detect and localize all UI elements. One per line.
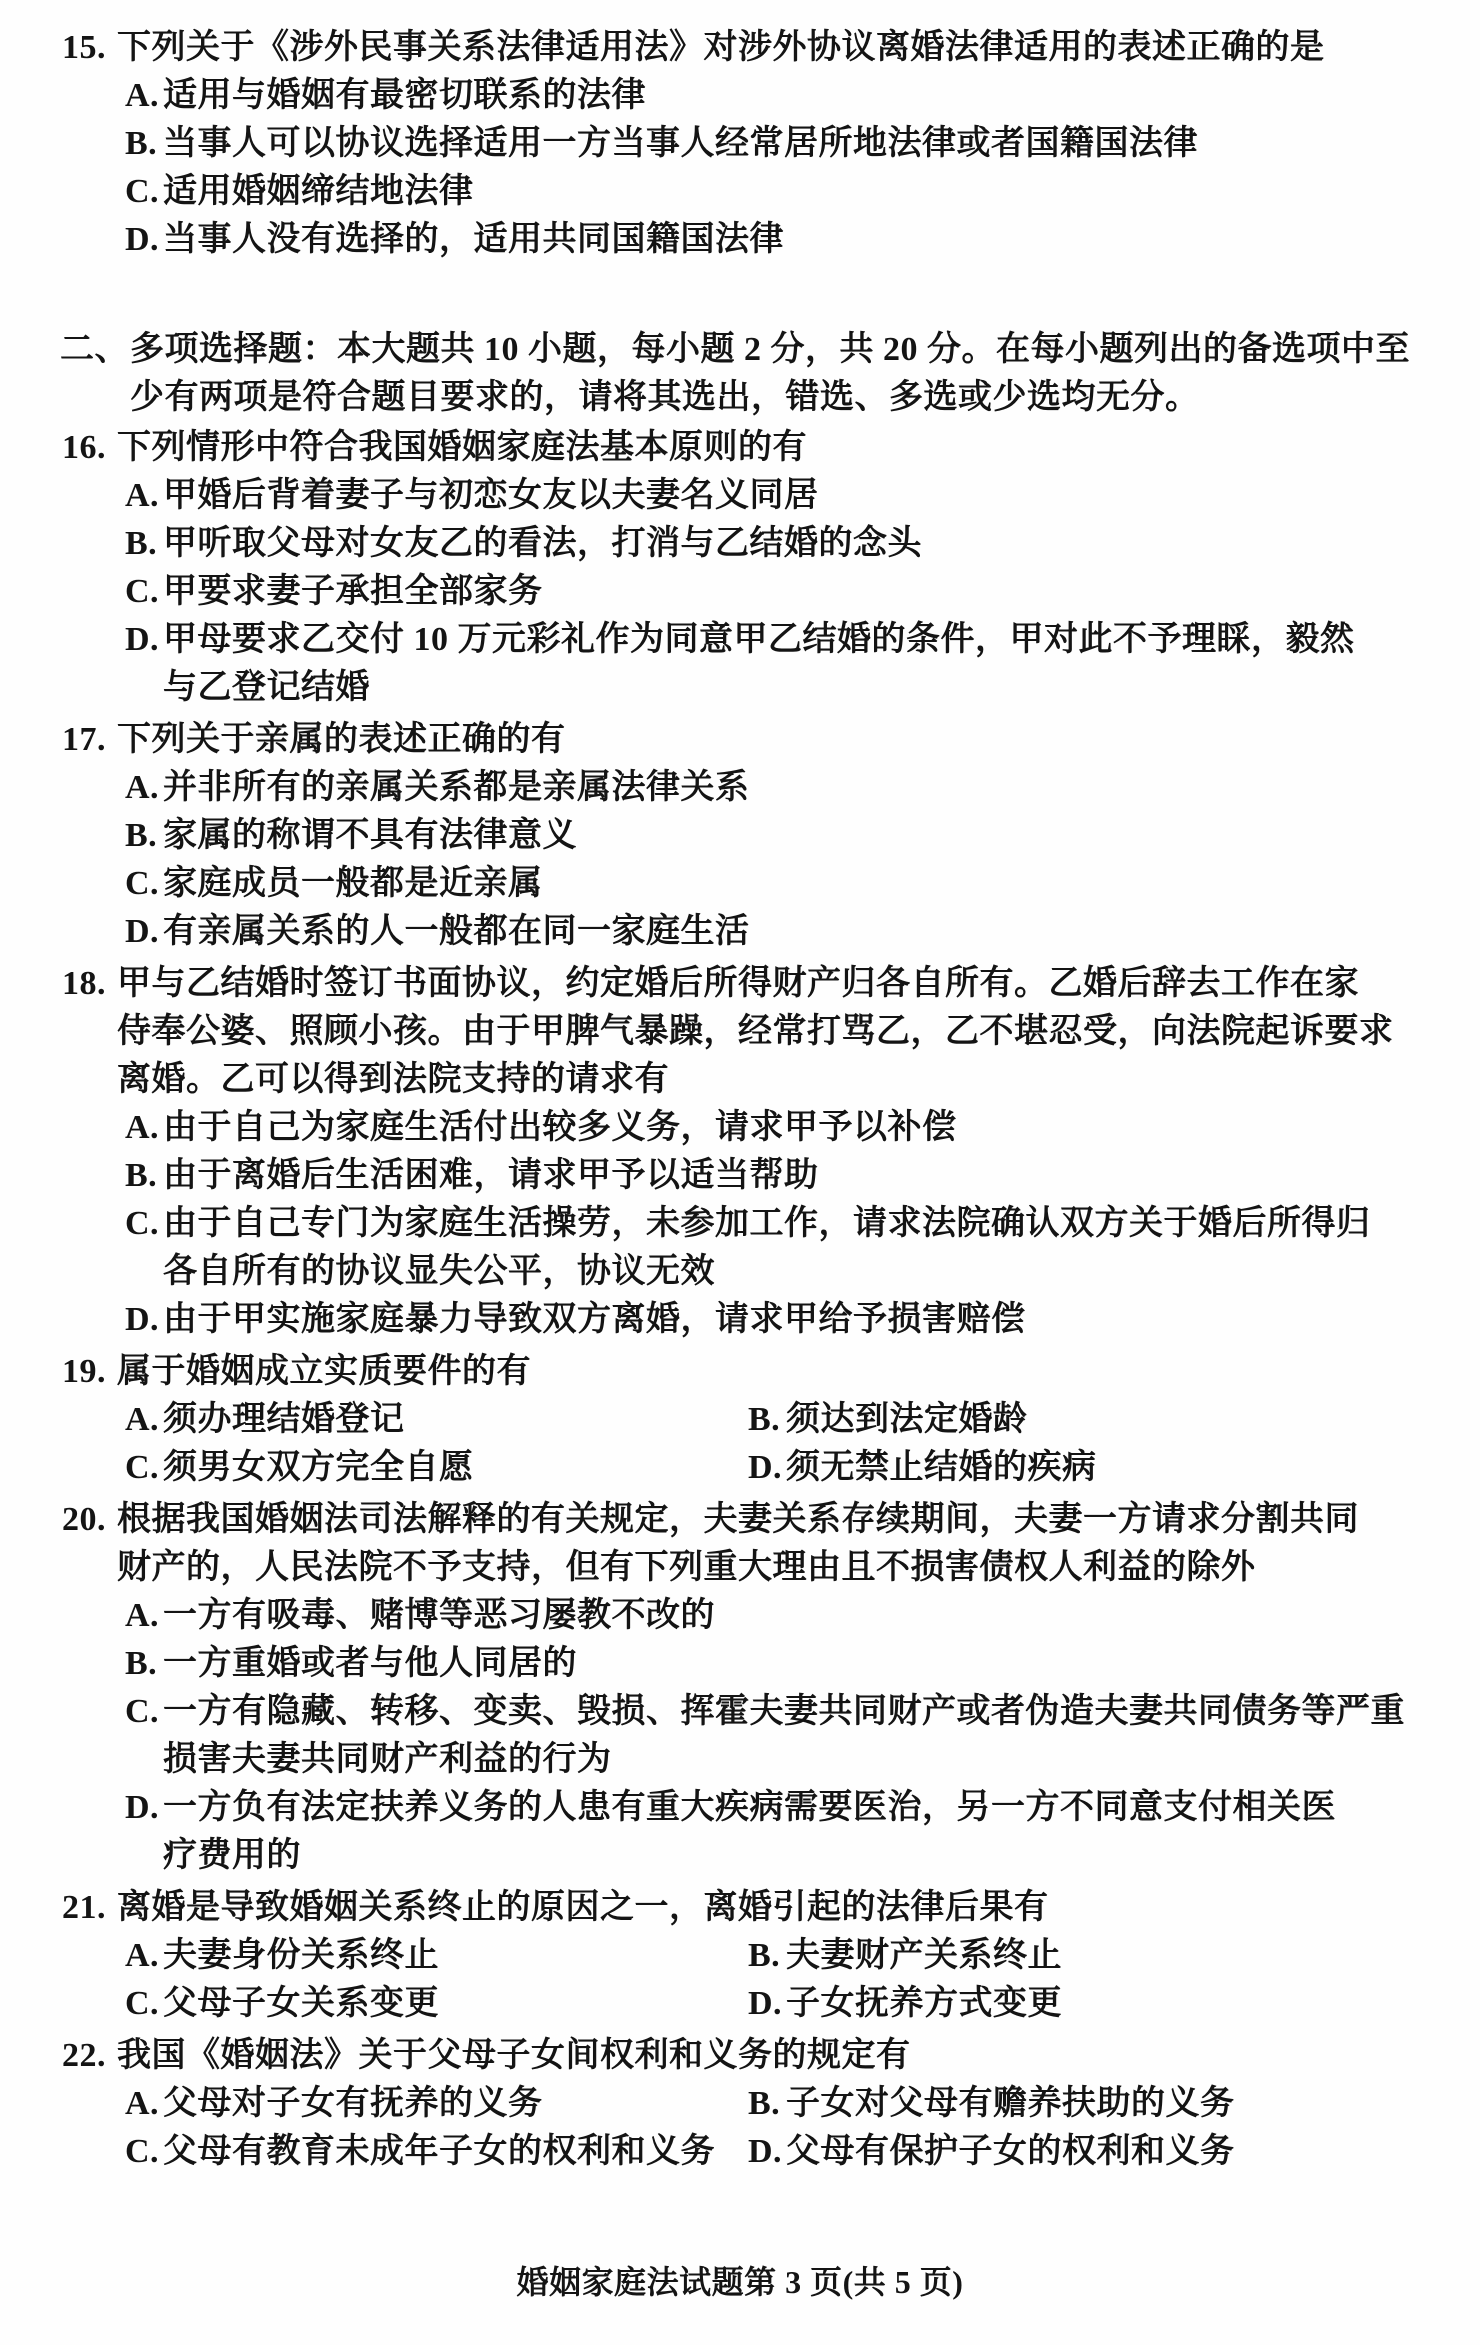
- question-number: 20.: [62, 1496, 117, 1544]
- option: A.适用与婚姻有最密切联系的法律: [0, 72, 1480, 120]
- question-20: 20.根据我国婚姻法司法解释的有关规定，夫妻关系存续期间，夫妻一方请求分割共同财…: [0, 1496, 1480, 1880]
- option: B.家属的称谓不具有法律意义: [0, 812, 1480, 860]
- question-17: 17.下列关于亲属的表述正确的有A.并非所有的亲属关系都是亲属法律关系B.家属的…: [0, 716, 1480, 956]
- option: A.并非所有的亲属关系都是亲属法律关系: [0, 764, 1480, 812]
- option: C.父母有教育未成年子女的权利和义务: [125, 2128, 748, 2176]
- question-21: 21.离婚是导致婚姻关系终止的原因之一，离婚引起的法律后果有A.夫妻身份关系终止…: [0, 1884, 1480, 2028]
- option-label: A.: [125, 1396, 163, 1444]
- option-text: 一方有吸毒、赌博等恶习屡教不改的: [163, 1592, 715, 1640]
- option: D.须无禁止结婚的疾病: [748, 1444, 1097, 1492]
- option: A.一方有吸毒、赌博等恶习屡教不改的: [0, 1592, 1480, 1640]
- option: C.由于自己专门为家庭生活操劳，未参加工作，请求法院确认双方关于婚后所得归: [0, 1200, 1480, 1248]
- question-22: 22.我国《婚姻法》关于父母子女间权利和义务的规定有A.父母对子女有抚养的义务B…: [0, 2032, 1480, 2176]
- option-continued: 与乙登记结婚: [0, 664, 1480, 712]
- option: A.须办理结婚登记: [125, 1396, 748, 1444]
- exam-page: 15.下列关于《涉外民事关系法律适用法》对涉外协议离婚法律适用的表述正确的是A.…: [0, 0, 1480, 2345]
- question-stem: 22.我国《婚姻法》关于父母子女间权利和义务的规定有: [0, 2032, 1480, 2080]
- option-label: B.: [125, 812, 163, 860]
- option: C.甲要求妻子承担全部家务: [0, 568, 1480, 616]
- option-text: 须无禁止结婚的疾病: [786, 1444, 1097, 1492]
- page-footer: 婚姻家庭法试题第 3 页(共 5 页): [0, 2258, 1480, 2306]
- option: C.一方有隐藏、转移、变卖、毁损、挥霍夫妻共同财产或者伪造夫妻共同债务等严重: [0, 1688, 1480, 1736]
- option-continued: 损害夫妻共同财产利益的行为: [0, 1736, 1480, 1784]
- option-row: C.父母子女关系变更D.子女抚养方式变更: [0, 1980, 1480, 2028]
- option-row: A.父母对子女有抚养的义务B.子女对父母有赡养扶助的义务: [0, 2080, 1480, 2128]
- option-label: C.: [125, 1444, 163, 1492]
- question-text: 下列情形中符合我国婚姻家庭法基本原则的有: [117, 424, 807, 472]
- option-label: A.: [125, 764, 163, 812]
- option-continued: 各自所有的协议显失公平，协议无效: [0, 1248, 1480, 1296]
- option: A.夫妻身份关系终止: [125, 1932, 748, 1980]
- option-text: 甲听取父母对女友乙的看法，打消与乙结婚的念头: [163, 520, 922, 568]
- option-text: 须男女双方完全自愿: [163, 1444, 474, 1492]
- option: D.由于甲实施家庭暴力导致双方离婚，请求甲给予损害赔偿: [0, 1296, 1480, 1344]
- option-text: 由于自己为家庭生活付出较多义务，请求甲予以补偿: [163, 1104, 957, 1152]
- option-label: C.: [125, 860, 163, 908]
- option-label: D.: [748, 1444, 786, 1492]
- question-text: 下列关于《涉外民事关系法律适用法》对涉外协议离婚法律适用的表述正确的是: [117, 24, 1325, 72]
- option-label: B.: [748, 2080, 786, 2128]
- option-text: 当事人可以协议选择适用一方当事人经常居所地法律或者国籍国法律: [163, 120, 1198, 168]
- option-label: B.: [125, 120, 163, 168]
- option: C.须男女双方完全自愿: [125, 1444, 748, 1492]
- option-label: D.: [125, 616, 163, 664]
- option-label: B.: [125, 520, 163, 568]
- option-text: 有亲属关系的人一般都在同一家庭生活: [163, 908, 750, 956]
- option-text: 甲婚后背着妻子与初恋女友以夫妻名义同居: [163, 472, 819, 520]
- option: C.家庭成员一般都是近亲属: [0, 860, 1480, 908]
- option-row: A.夫妻身份关系终止B.夫妻财产关系终止: [0, 1932, 1480, 1980]
- option-label: B.: [125, 1640, 163, 1688]
- question-area-main: 16.下列情形中符合我国婚姻家庭法基本原则的有A.甲婚后背着妻子与初恋女友以夫妻…: [0, 424, 1480, 2176]
- option-label: D.: [125, 1784, 163, 1832]
- option-text: 一方有隐藏、转移、变卖、毁损、挥霍夫妻共同财产或者伪造夫妻共同债务等严重: [163, 1688, 1405, 1736]
- option-label: C.: [125, 568, 163, 616]
- question-text: 属于婚姻成立实质要件的有: [117, 1348, 531, 1396]
- option-text: 夫妻财产关系终止: [786, 1932, 1062, 1980]
- question-stem: 16.下列情形中符合我国婚姻家庭法基本原则的有: [0, 424, 1480, 472]
- option-text: 甲要求妻子承担全部家务: [163, 568, 543, 616]
- option: B.子女对父母有赡养扶助的义务: [748, 2080, 1235, 2128]
- option-text: 须办理结婚登记: [163, 1396, 405, 1444]
- question-number: 19.: [62, 1348, 117, 1396]
- option: B.当事人可以协议选择适用一方当事人经常居所地法律或者国籍国法律: [0, 120, 1480, 168]
- option-text: 适用与婚姻有最密切联系的法律: [163, 72, 646, 120]
- question-19: 19.属于婚姻成立实质要件的有A.须办理结婚登记B.须达到法定婚龄C.须男女双方…: [0, 1348, 1480, 1492]
- option-row: C.父母有教育未成年子女的权利和义务D.父母有保护子女的权利和义务: [0, 2128, 1480, 2176]
- question-stem-continued: 财产的，人民法院不予支持，但有下列重大理由且不损害债权人利益的除外: [0, 1544, 1480, 1592]
- option-label: D.: [125, 908, 163, 956]
- option-text: 子女对父母有赡养扶助的义务: [786, 2080, 1235, 2128]
- option-continued: 疗费用的: [0, 1832, 1480, 1880]
- section-number: 二、: [60, 326, 130, 374]
- question-number: 15.: [62, 24, 117, 72]
- question-text: 甲与乙结婚时签订书面协议，约定婚后所得财产归各自所有。乙婚后辞去工作在家: [117, 960, 1359, 1008]
- question-stem-continued: 侍奉公婆、照顾小孩。由于甲脾气暴躁，经常打骂乙，乙不堪忍受，向法院起诉要求: [0, 1008, 1480, 1056]
- option-text: 甲母要求乙交付 10 万元彩礼作为同意甲乙结婚的条件，甲对此不予理睬，毅然: [163, 616, 1355, 664]
- option-label: D.: [125, 1296, 163, 1344]
- option: B.由于离婚后生活困难，请求甲予以适当帮助: [0, 1152, 1480, 1200]
- option: B.须达到法定婚龄: [748, 1396, 1028, 1444]
- option-label: A.: [125, 2080, 163, 2128]
- option-label: B.: [748, 1932, 786, 1980]
- option-label: D.: [125, 216, 163, 264]
- option: D.有亲属关系的人一般都在同一家庭生活: [0, 908, 1480, 956]
- section-instructions-line1: 二、 多项选择题：本大题共 10 小题，每小题 2 分，共 20 分。在每小题列…: [0, 326, 1480, 374]
- section-instructions-line2: 少有两项是符合题目要求的，请将其选出，错选、多选或少选均无分。: [0, 374, 1480, 422]
- question-text: 根据我国婚姻法司法解释的有关规定，夫妻关系存续期间，夫妻一方请求分割共同: [117, 1496, 1359, 1544]
- question-number: 22.: [62, 2032, 117, 2080]
- option-label: C.: [125, 1688, 163, 1736]
- option-row: C.须男女双方完全自愿D.须无禁止结婚的疾病: [0, 1444, 1480, 1492]
- option: A.父母对子女有抚养的义务: [125, 2080, 748, 2128]
- option-text: 由于离婚后生活困难，请求甲予以适当帮助: [163, 1152, 819, 1200]
- option: B.一方重婚或者与他人同居的: [0, 1640, 1480, 1688]
- option-label: C.: [125, 1980, 163, 2028]
- option-text: 家庭成员一般都是近亲属: [163, 860, 543, 908]
- option: D.子女抚养方式变更: [748, 1980, 1062, 2028]
- option: D.父母有保护子女的权利和义务: [748, 2128, 1235, 2176]
- question-stem: 15.下列关于《涉外民事关系法律适用法》对涉外协议离婚法律适用的表述正确的是: [0, 24, 1480, 72]
- question-stem: 18.甲与乙结婚时签订书面协议，约定婚后所得财产归各自所有。乙婚后辞去工作在家: [0, 960, 1480, 1008]
- option-text: 并非所有的亲属关系都是亲属法律关系: [163, 764, 750, 812]
- question-number: 16.: [62, 424, 117, 472]
- option-text: 夫妻身份关系终止: [163, 1932, 439, 1980]
- option-text: 当事人没有选择的，适用共同国籍国法律: [163, 216, 784, 264]
- option-label: C.: [125, 168, 163, 216]
- question-18: 18.甲与乙结婚时签订书面协议，约定婚后所得财产归各自所有。乙婚后辞去工作在家侍…: [0, 960, 1480, 1344]
- question-16: 16.下列情形中符合我国婚姻家庭法基本原则的有A.甲婚后背着妻子与初恋女友以夫妻…: [0, 424, 1480, 712]
- option-row: A.须办理结婚登记B.须达到法定婚龄: [0, 1396, 1480, 1444]
- question-15: 15.下列关于《涉外民事关系法律适用法》对涉外协议离婚法律适用的表述正确的是A.…: [0, 24, 1480, 264]
- option-label: D.: [748, 1980, 786, 2028]
- question-stem: 21.离婚是导致婚姻关系终止的原因之一，离婚引起的法律后果有: [0, 1884, 1480, 1932]
- section-heading: 二、 多项选择题：本大题共 10 小题，每小题 2 分，共 20 分。在每小题列…: [0, 326, 1480, 422]
- option-label: A.: [125, 472, 163, 520]
- question-area-top: 15.下列关于《涉外民事关系法律适用法》对涉外协议离婚法律适用的表述正确的是A.…: [0, 24, 1480, 264]
- option-text: 子女抚养方式变更: [786, 1980, 1062, 2028]
- question-number: 18.: [62, 960, 117, 1008]
- option-text: 父母子女关系变更: [163, 1980, 439, 2028]
- option: B.夫妻财产关系终止: [748, 1932, 1062, 1980]
- option-text: 家属的称谓不具有法律意义: [163, 812, 577, 860]
- question-number: 21.: [62, 1884, 117, 1932]
- option-text: 一方重婚或者与他人同居的: [163, 1640, 577, 1688]
- option-text: 由于甲实施家庭暴力导致双方离婚，请求甲给予损害赔偿: [163, 1296, 1026, 1344]
- option-text: 父母对子女有抚养的义务: [163, 2080, 543, 2128]
- option-text: 父母有教育未成年子女的权利和义务: [163, 2128, 715, 2176]
- option-text: 一方负有法定扶养义务的人患有重大疾病需要医治，另一方不同意支付相关医: [163, 1784, 1336, 1832]
- option-text: 由于自己专门为家庭生活操劳，未参加工作，请求法院确认双方关于婚后所得归: [163, 1200, 1371, 1248]
- option-label: B.: [125, 1152, 163, 1200]
- question-stem: 19.属于婚姻成立实质要件的有: [0, 1348, 1480, 1396]
- option: D.当事人没有选择的，适用共同国籍国法律: [0, 216, 1480, 264]
- option: D.甲母要求乙交付 10 万元彩礼作为同意甲乙结婚的条件，甲对此不予理睬，毅然: [0, 616, 1480, 664]
- question-text: 我国《婚姻法》关于父母子女间权利和义务的规定有: [117, 2032, 911, 2080]
- option-label: A.: [125, 1104, 163, 1152]
- question-stem: 17.下列关于亲属的表述正确的有: [0, 716, 1480, 764]
- option-label: B.: [748, 1396, 786, 1444]
- option: A.由于自己为家庭生活付出较多义务，请求甲予以补偿: [0, 1104, 1480, 1152]
- option-label: C.: [125, 1200, 163, 1248]
- option: A.甲婚后背着妻子与初恋女友以夫妻名义同居: [0, 472, 1480, 520]
- option: D.一方负有法定扶养义务的人患有重大疾病需要医治，另一方不同意支付相关医: [0, 1784, 1480, 1832]
- option-label: A.: [125, 1932, 163, 1980]
- option: C.适用婚姻缔结地法律: [0, 168, 1480, 216]
- question-number: 17.: [62, 716, 117, 764]
- question-stem: 20.根据我国婚姻法司法解释的有关规定，夫妻关系存续期间，夫妻一方请求分割共同: [0, 1496, 1480, 1544]
- question-text: 离婚是导致婚姻关系终止的原因之一，离婚引起的法律后果有: [117, 1884, 1049, 1932]
- option-text: 适用婚姻缔结地法律: [163, 168, 474, 216]
- option-text: 须达到法定婚龄: [786, 1396, 1028, 1444]
- option-label: A.: [125, 1592, 163, 1640]
- option: C.父母子女关系变更: [125, 1980, 748, 2028]
- option-label: C.: [125, 2128, 163, 2176]
- option-label: D.: [748, 2128, 786, 2176]
- option: B.甲听取父母对女友乙的看法，打消与乙结婚的念头: [0, 520, 1480, 568]
- section-instructions-text: 多项选择题：本大题共 10 小题，每小题 2 分，共 20 分。在每小题列出的备…: [130, 326, 1410, 374]
- question-text: 下列关于亲属的表述正确的有: [117, 716, 566, 764]
- option-text: 父母有保护子女的权利和义务: [786, 2128, 1235, 2176]
- question-stem-continued: 离婚。乙可以得到法院支持的请求有: [0, 1056, 1480, 1104]
- option-label: A.: [125, 72, 163, 120]
